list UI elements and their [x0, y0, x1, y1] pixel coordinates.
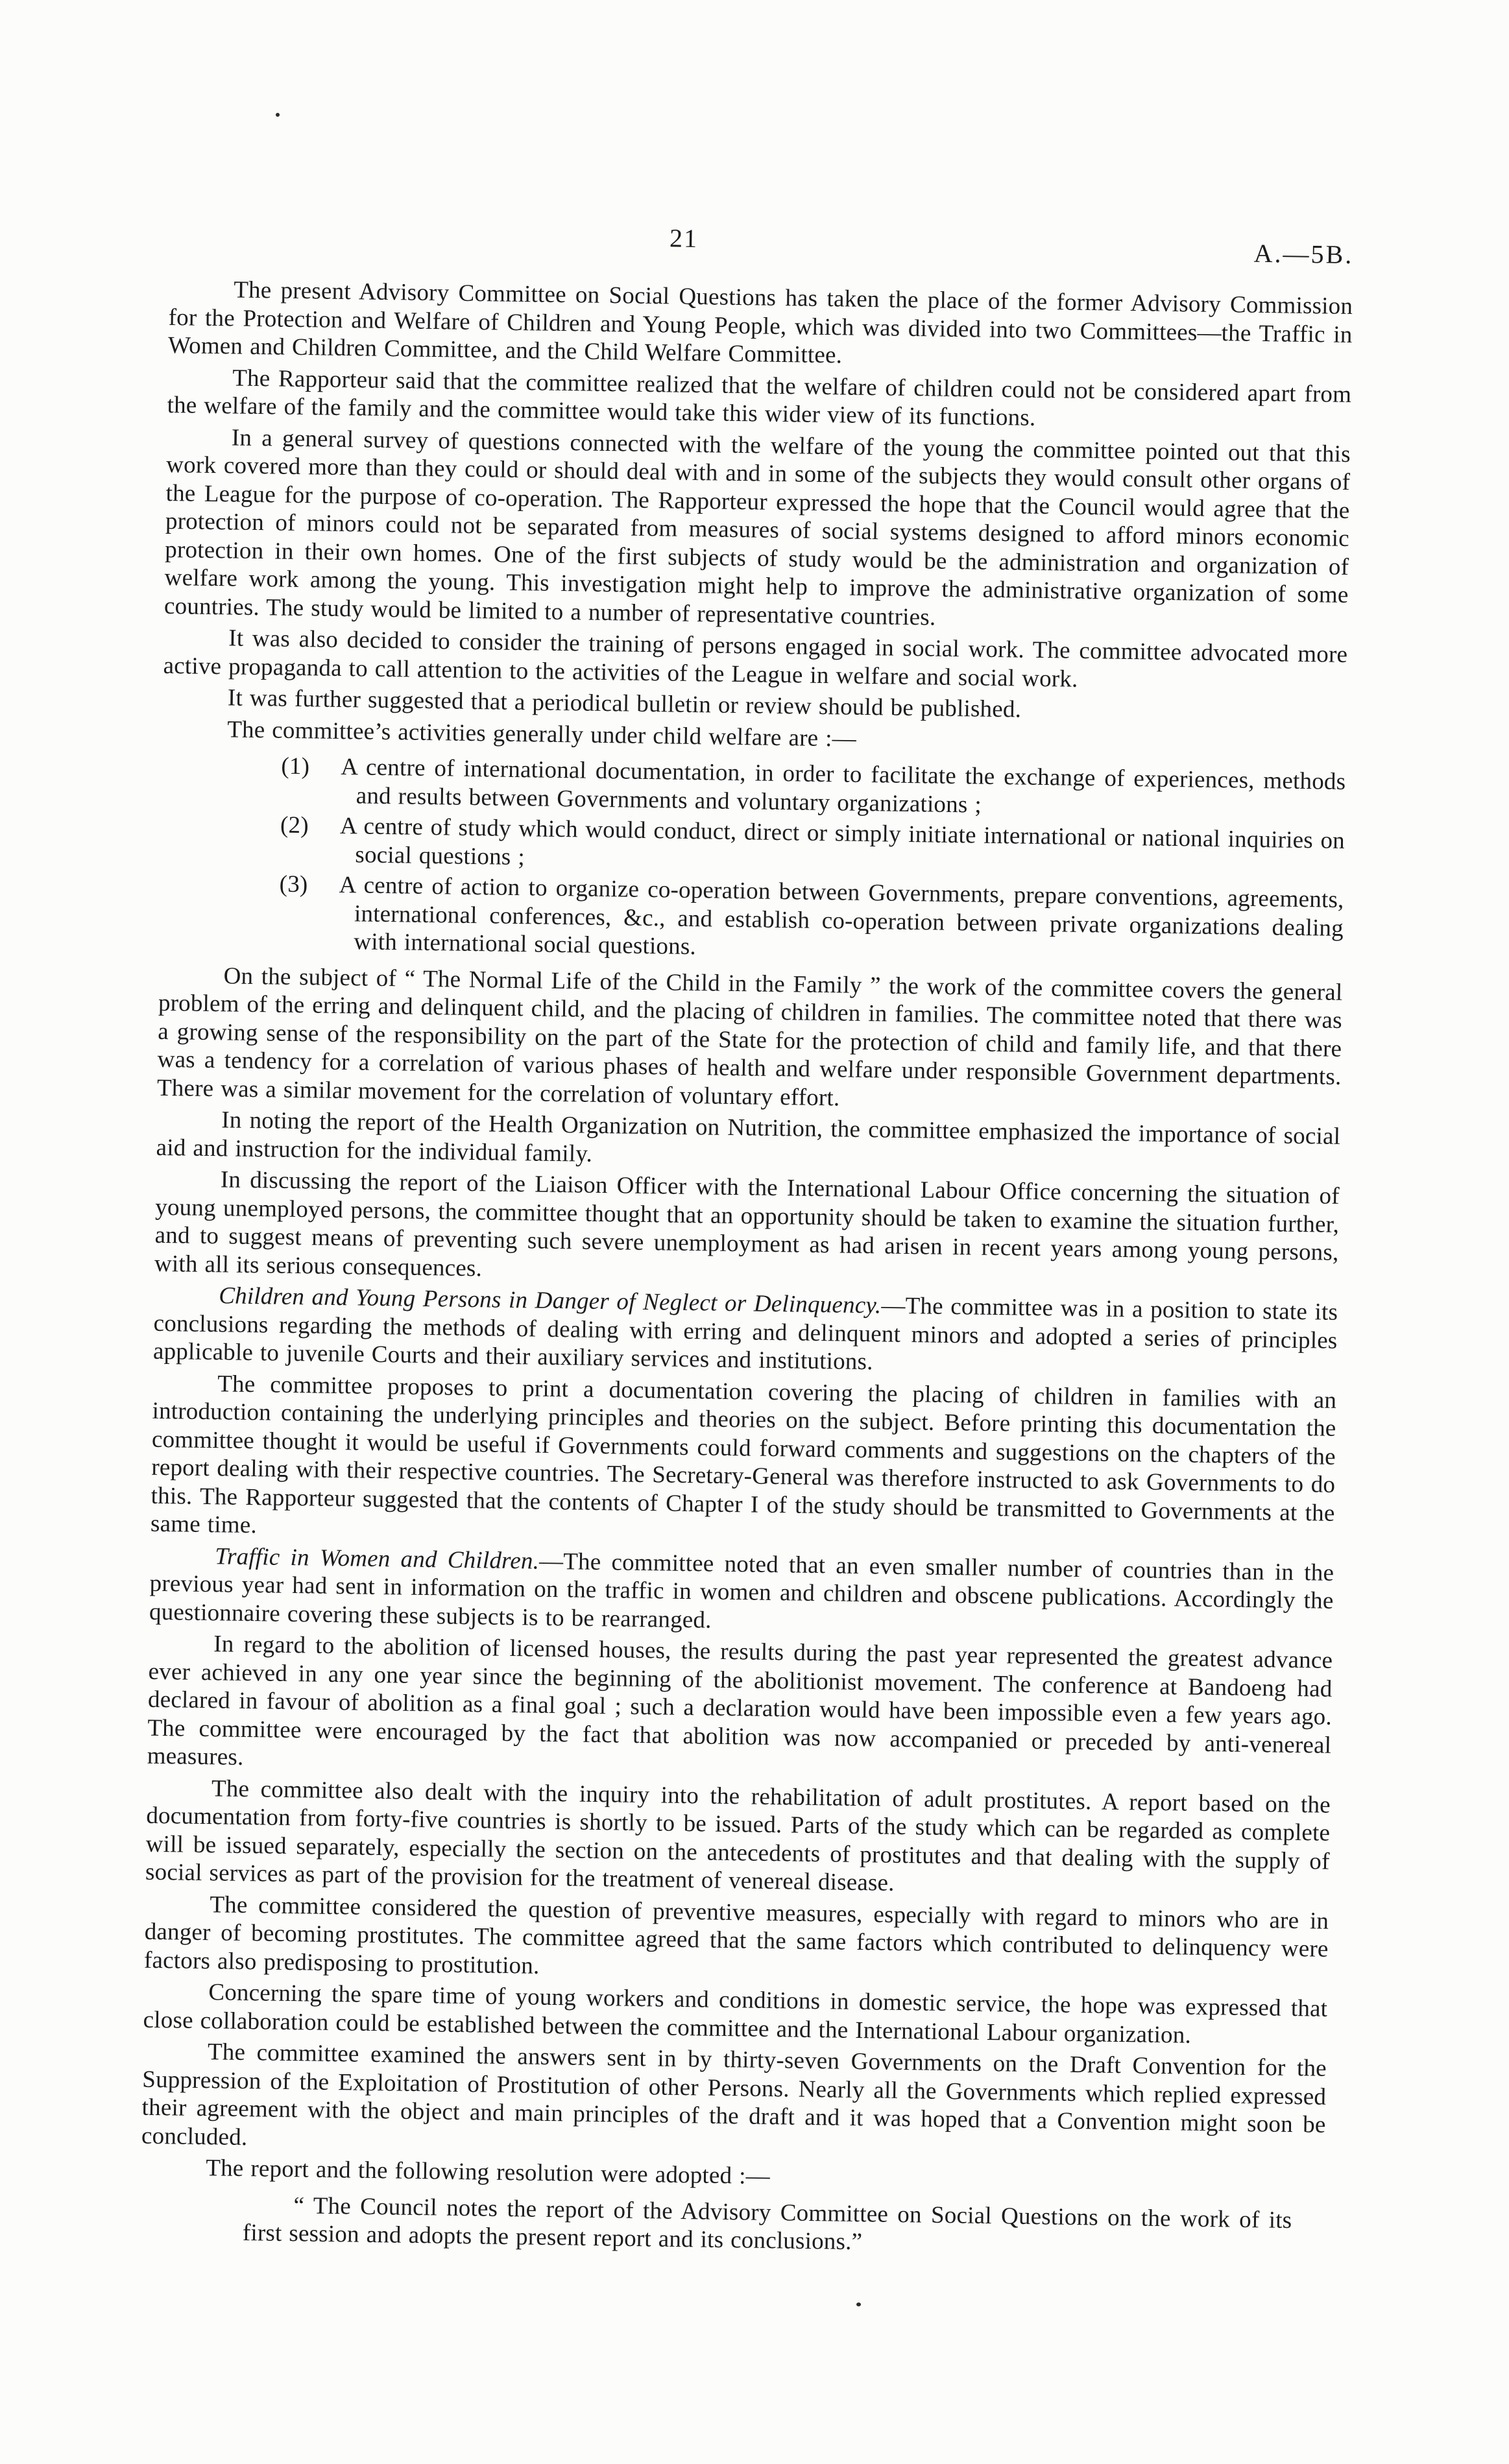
paragraph-liaison: In discussing the report of the Liaison … [154, 1165, 1340, 1295]
document-content: 21 A.—5B. The present Advisory Committee… [140, 215, 1354, 2263]
paragraph-documentation: The committee proposes to print a docume… [151, 1369, 1337, 1555]
child-welfare-activities-list: (1)A centre of international documentati… [159, 750, 1346, 971]
list-item: (3)A centre of action to organize co-ope… [159, 868, 1344, 971]
paragraph-intro: The present Advisory Committee on Social… [168, 275, 1353, 377]
paragraph-neglect-delinquency: Children and Young Persons in Danger of … [153, 1281, 1338, 1383]
paragraph-survey: In a general survey of questions connect… [164, 422, 1351, 638]
council-resolution-quote: “ The Council notes the report of the Ad… [243, 2191, 1292, 2263]
list-item-number: (1) [281, 752, 341, 782]
document-body: The present Advisory Committee on Social… [140, 275, 1353, 2263]
paragraph-licensed-houses: In regard to the abolition of licensed h… [147, 1629, 1333, 1788]
paragraph-preventive-measures: The committee considered the question of… [144, 1889, 1329, 1992]
scan-speck [276, 113, 280, 117]
paragraph-normal-life: On the subject of “ The Normal Life of t… [157, 961, 1343, 1119]
paragraph-traffic-women-children: Traffic in Women and Children.—The commi… [149, 1541, 1334, 1644]
scan-speck [856, 2303, 861, 2306]
page-header: 21 A.—5B. [169, 215, 1354, 270]
list-item-text: A centre of international documentation,… [341, 754, 1346, 818]
list-item-text: A centre of action to organize co-operat… [339, 872, 1344, 960]
list-item-number: (2) [280, 811, 341, 841]
document-reference: A.—5B. [1253, 238, 1353, 270]
page-number: 21 [169, 215, 1198, 261]
paragraph-convention: The committee examined the answers sent … [141, 2037, 1327, 2168]
paragraph-rehabilitation: The committee also dealt with the inquir… [145, 1773, 1331, 1904]
paragraph-lead-italic: Traffic in Women and Children. [215, 1543, 539, 1574]
list-item-number: (3) [279, 870, 339, 900]
scanned-document-page: 21 A.—5B. The present Advisory Committee… [0, 0, 1509, 2464]
